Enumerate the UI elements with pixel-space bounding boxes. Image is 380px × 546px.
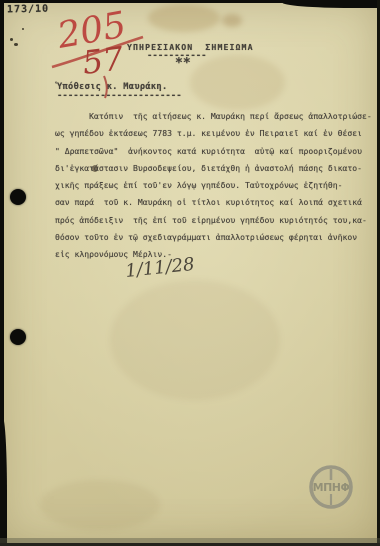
ink-speck <box>22 28 24 30</box>
seal-circle <box>311 467 351 507</box>
paper-stain <box>190 55 285 110</box>
title-marks: ** <box>175 58 191 70</box>
body-text: Κατόπιν τῆς αἰτήσεως κ. Μαυράκη περί ἄρσ… <box>55 111 370 267</box>
body-line: σαν παρά τοῦ κ. Μαυράκη οἱ τίτλοι κυριότ… <box>55 197 370 214</box>
body-line: θόσον τοῦτο ἐν τῷ σχεδιαγράμματι ἀπαλλοτ… <box>55 232 370 249</box>
scan-edge-left-bottom <box>0 418 7 546</box>
body-line: ως γηπέδου ἐκτάσεως 7783 τ.μ. κειμένου ἐ… <box>55 128 370 145</box>
archive-number-stamp: 173/10 <box>7 4 49 16</box>
body-line: " Δραπετσῶνα" ἀνήκοντος κατά κυριότητα α… <box>55 146 370 163</box>
ink-speck <box>14 43 18 46</box>
body-line: χικῆς πράξεως ἐπί τοῦ'εν λόγῳ γηπέδου. Τ… <box>55 180 370 197</box>
red-number-bottom: 57 <box>80 39 126 82</box>
paper-stain <box>40 480 160 530</box>
body-line: δι'ἐγκατάστασιν Βυρσοδεψείου, διετάχθη ἡ… <box>55 163 370 180</box>
hole-punch <box>10 329 26 345</box>
seal-monogram: ΜΠΗΦ <box>313 481 350 494</box>
paper-stain <box>148 4 220 32</box>
body-line: πρός ἀπόδειξιν τῆς ἐπί τοῦ εἰρημένου γηπ… <box>55 215 370 232</box>
paper-stain <box>110 280 280 400</box>
scan-edge-top-right <box>282 0 380 8</box>
red-number-top: 205 <box>53 5 129 57</box>
hole-punch <box>10 189 26 205</box>
paper-stain <box>222 14 242 27</box>
scanned-document-page: 173/10 ΥΠΗΡΕΣΙΑΚΟΝ ΣΗΜΕΙΩΜΑ ----------- … <box>0 0 380 546</box>
body-line: εἰς κληρονόμους Μέρλιν.- <box>55 249 370 266</box>
red-number-top-group: 205 <box>52 5 143 67</box>
ink-speck <box>10 38 13 41</box>
body-line: Κατόπιν τῆς αἰτήσεως κ. Μαυράκη περί ἄρσ… <box>55 111 370 128</box>
subject-underline: ----------------------- <box>57 91 182 101</box>
